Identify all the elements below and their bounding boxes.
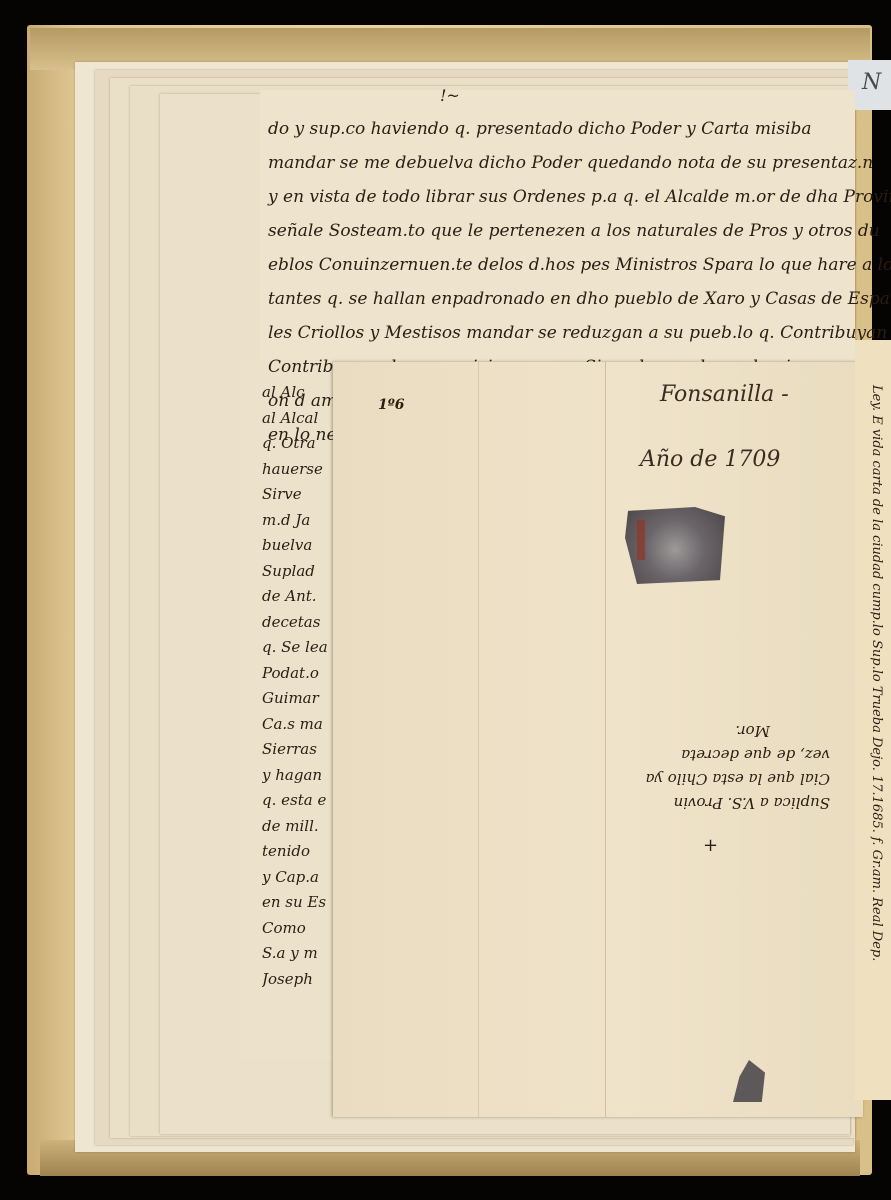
letter-line: y en vista de todo librar sus Ordenes p.… — [268, 180, 891, 214]
fragment-line: de Ant. — [262, 584, 337, 610]
fragment-line: S.a y m — [262, 941, 337, 967]
note-line: Suplica a V.S. Provin — [640, 791, 830, 815]
letter-line: do y sup.co haviendo q. presentado dicho… — [268, 112, 891, 146]
letter-line: mandar se me debuelva dicho Poder quedan… — [268, 146, 891, 180]
inverted-note: Suplica a V.S. Provin Cial que la esta C… — [640, 705, 830, 815]
fragment-line: tenido — [262, 839, 337, 865]
fragment-line: m.d Ja — [262, 508, 337, 534]
side-slip-mark: N — [862, 70, 881, 95]
note-line: vez, de que decreta — [640, 743, 830, 767]
fragment-line: de mill. — [262, 814, 337, 840]
fragment-line: buelva — [262, 533, 337, 559]
fragment-line: Joseph — [262, 967, 337, 993]
fragment-line: Suplad — [262, 559, 337, 585]
fragment-line: al Alcal — [262, 406, 337, 432]
fragment-line: q. Otra — [262, 431, 337, 457]
note-line: Mor. — [640, 719, 830, 743]
seal-red-trace — [637, 520, 645, 560]
fragment-line: q. esta e — [262, 788, 337, 814]
letter-line: les Criollos y Mestisos mandar se reduzg… — [268, 316, 891, 350]
letter-line: tantes q. se hallan enpadronado en dho p… — [268, 282, 891, 316]
cover-title: Fonsanilla - — [660, 382, 789, 407]
fragment-line: Ca.s ma — [262, 712, 337, 738]
letter-line: señale Sosteam.to que le pertenezen a lo… — [268, 214, 891, 248]
left-column-text: al Alc al Alcal q. Otra hauerse Sirve m.… — [262, 380, 337, 992]
fragment-line: decetas — [262, 610, 337, 636]
fragment-line: Guimar — [262, 686, 337, 712]
cover-year: Año de 1709 — [640, 447, 780, 472]
fragment-line: al Alc — [262, 380, 337, 406]
fragment-line: Como — [262, 916, 337, 942]
letter-line: eblos Conuinzernuen.te delos d.hos pes M… — [268, 248, 891, 282]
fragment-line: q. Se lea — [262, 635, 337, 661]
fragment-line: Sierras — [262, 737, 337, 763]
fragment-line: y Cap.a — [262, 865, 337, 891]
side-vertical-note: Ley. E vida carta de la ciudad cump.lo S… — [869, 385, 884, 961]
fragment-line: Sirve — [262, 482, 337, 508]
fragment-line: Podat.o — [262, 661, 337, 687]
cross-mark: + — [703, 835, 718, 856]
fragment-line: hauerse — [262, 457, 337, 483]
folio-mark: !~ — [440, 86, 460, 105]
fragment-line: en su Es — [262, 890, 337, 916]
fold-line — [478, 362, 479, 1117]
fragment-line: y hagan — [262, 763, 337, 789]
note-line: Cial que la esta Chilo ya — [640, 767, 830, 791]
corner-mark: 1º6 — [378, 397, 404, 413]
fold-line — [605, 362, 606, 1117]
